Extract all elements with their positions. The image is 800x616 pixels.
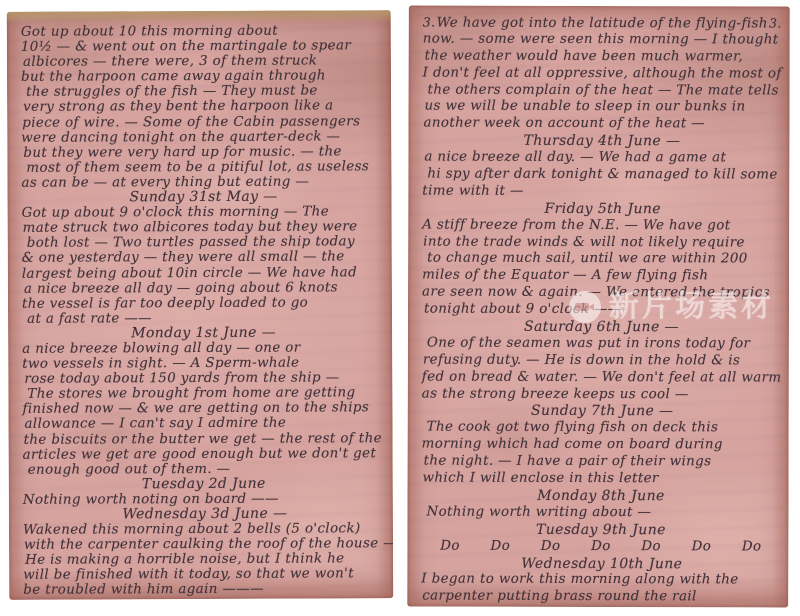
diary-date-heading: Wednesday 10th June (423, 555, 780, 573)
handwritten-line: I don't feel at all oppressive, although… (423, 65, 782, 83)
handwritten-line: the weather would have been much warmer, (425, 48, 782, 66)
page-number-right: 3. (769, 15, 782, 32)
handwritten-line: fed on bread & water. — We don't feel at… (422, 369, 781, 387)
handwritten-line: articles we get are good enough but we d… (23, 446, 385, 463)
handwritten-line: finished now — & we are getting on to th… (22, 401, 384, 418)
handwritten-line: a nice breeze all day. — We had a game a… (424, 150, 781, 168)
handwritten-line: but the harpoon came away again through (21, 68, 383, 85)
diary-date-heading: Friday 5th June (424, 200, 781, 218)
handwritten-line: miles of the Equator — A few flying fish (422, 268, 781, 286)
handwritten-line: are seen now & again. — We entered the t… (422, 285, 781, 303)
handwritten-line: A stiff breeze from the N.E. — We have g… (422, 217, 781, 235)
diary-date-heading: Sunday 31st May — (24, 189, 384, 206)
diary-photo: Got up about 10 this morning about10½ — … (0, 0, 800, 616)
handwritten-line: rose today about 150 yards from the ship… (24, 370, 384, 387)
handwritten-line: The cook got two flying fish on deck thi… (427, 420, 781, 438)
handwritten-line: I began to work this morning along with … (421, 572, 780, 590)
handwritten-line: Do Do Do Do Do Do Do (421, 538, 780, 556)
handwritten-line: piece of wire. — Some of the Cabin passe… (22, 114, 383, 131)
page-number-left: 3. (423, 15, 436, 32)
handwritten-line: hi spy after dark tonight & managed to k… (427, 167, 781, 185)
diary-date-heading: Wednesday 3d June — (25, 506, 385, 523)
handwritten-line: One of the seamen was put in irons today… (427, 335, 781, 353)
handwritten-line: refusing duty. — He is down in the hold … (423, 352, 781, 370)
handwritten-line: & one yesterday — they were all small — … (22, 250, 384, 267)
handwritten-line: another week on account of the heat — (423, 116, 781, 134)
handwritten-line: two vessels in sight. — A Sperm-whale (22, 355, 384, 372)
handwritten-line: Got up about 10 this morning about (21, 23, 383, 40)
handwritten-line: with the carpenter caulking the roof of … (24, 536, 385, 553)
handwritten-line: tonight about 9 o'clock —— (424, 302, 781, 320)
handwritten-line: the struggles of the fish — They must be (26, 84, 383, 101)
diary-date-heading: Thursday 4th June — (422, 133, 781, 151)
handwritten-line: largest being about 10in circle — We hav… (22, 265, 384, 282)
handwritten-line: the biscuits or the butter we get — the … (24, 431, 385, 448)
handwritten-line-text: We have got into the latitude of the fly… (435, 16, 769, 34)
handwritten-line: the others complain of the heat — The ma… (428, 82, 782, 100)
handwritten-line: as the strong breeze keeps us cool — (422, 386, 781, 404)
handwritten-line: The stores we brought from home are gett… (27, 385, 384, 402)
handwritten-line: 3.We have got into the latitude of the f… (423, 15, 782, 33)
diary-page-right: 3.We have got into the latitude of the f… (407, 6, 790, 608)
handwritten-line: a nice breeze all day — going about 6 kn… (24, 280, 384, 297)
handwritten-line: a nice breeze blowing all day — one or (22, 340, 384, 357)
handwritten-line: He is making a horrible noise, but I thi… (25, 551, 385, 568)
handwritten-line: Got up about 9 o'clock this morning — Th… (22, 204, 384, 221)
handwritten-line: both lost — Two turtles passed the ship … (27, 235, 384, 252)
handwritten-line: now. — some were seen this morning — I t… (423, 31, 782, 49)
diary-date-heading: Monday 8th June (421, 487, 780, 505)
diary-page-left: Got up about 10 this morning about10½ — … (7, 10, 394, 600)
handwritten-line: to change much sail, until we are within… (427, 251, 781, 269)
handwritten-line: into the trade winds & will not likely r… (423, 234, 781, 252)
handwritten-line: be troubled with him again ——— (23, 582, 385, 599)
handwritten-line: will be finished with it today, so that … (23, 567, 385, 584)
handwritten-line: very strong as they bent the harpoon lik… (23, 99, 383, 116)
handwritten-line: but they were very hard up for music. — … (23, 144, 383, 161)
handwritten-line: carpenter putting brass round the rail (422, 589, 780, 607)
handwritten-line: albicores — there were, 3 of them struck (23, 53, 383, 70)
handwritten-line: time with it — (422, 183, 781, 201)
right-page-text: 3.We have got into the latitude of the f… (407, 6, 790, 607)
diary-date-heading: Sunday 7th June — (424, 403, 781, 421)
handwritten-line: the vessel is far too deeply loaded to g… (22, 295, 384, 312)
handwritten-line: mate struck two albicores today but they… (23, 219, 384, 236)
handwritten-line: which I will enclose in this letter (423, 471, 781, 489)
handwritten-line: were dancing tonight on the quarter-deck… (21, 129, 383, 146)
handwritten-line: us we will be unable to sleep in our bun… (424, 99, 781, 117)
diary-date-heading: Tuesday 9th June (421, 521, 780, 539)
left-page-text: Got up about 10 this morning about10½ — … (7, 10, 394, 598)
handwritten-line: 10½ — & went out on the martingale to sp… (21, 38, 383, 55)
handwritten-line: Nothing worth writing about — (426, 504, 780, 522)
diary-date-heading: Tuesday 2d June (23, 476, 385, 493)
diary-date-heading: Monday 1st June — (23, 325, 384, 342)
handwritten-line: morning which had come on board during (422, 437, 781, 455)
handwritten-line: allowance — I can't say I admire the (24, 416, 384, 433)
handwritten-line: most of them seem to be a pitiful lot, a… (26, 159, 383, 176)
diary-date-heading: Saturday 6th June — (422, 319, 781, 337)
handwritten-line: Wakened this morning about 2 bells (5 o'… (23, 521, 385, 538)
handwritten-line: the night. — I have a pair of their wing… (424, 454, 781, 472)
